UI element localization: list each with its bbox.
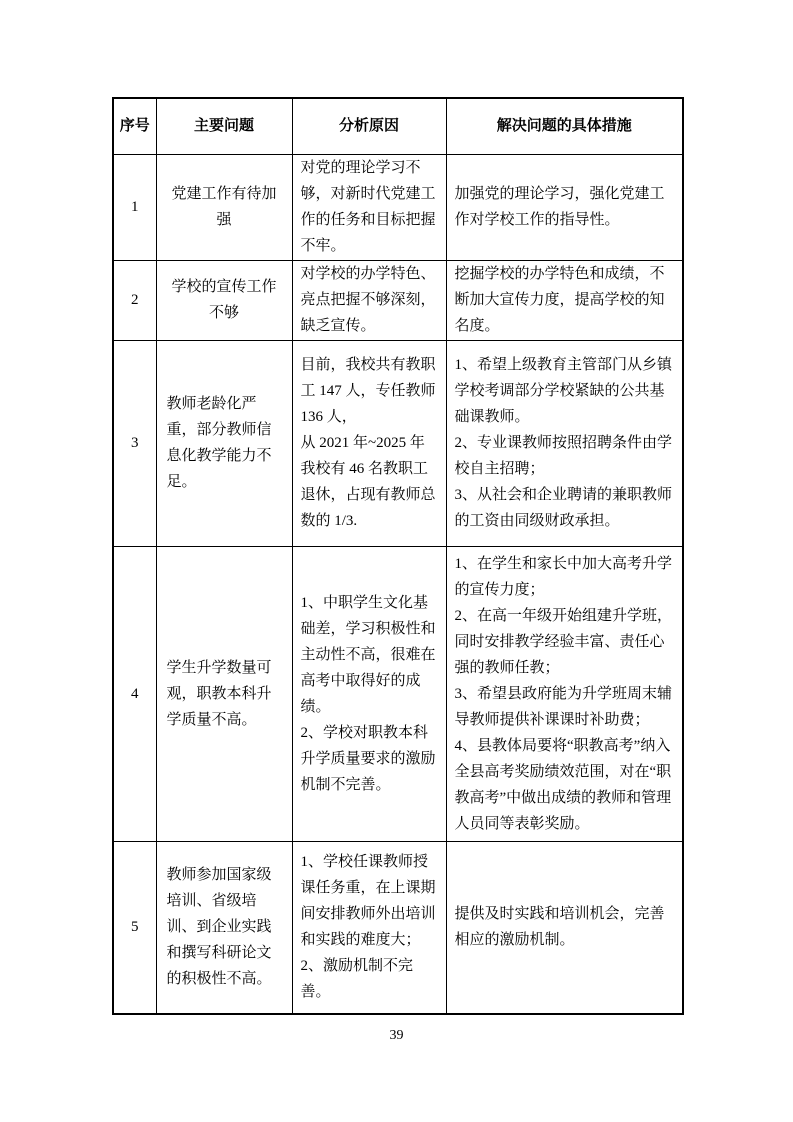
cell-cause: 目前，我校共有教职工 147 人，专任教师 136 人， 从 2021 年~20… xyxy=(292,340,446,546)
col-header-problem: 主要问题 xyxy=(156,98,292,154)
col-header-measures: 解决问题的具体措施 xyxy=(446,98,683,154)
cell-problem: 教师参加国家级培训、省级培训、到企业实践和撰写科研论文的积极性不高。 xyxy=(156,841,292,1014)
table-row: 1 党建工作有待加强 对党的理论学习不够，对新时代党建工作的任务和目标把握不牢。… xyxy=(113,154,683,260)
cell-no: 1 xyxy=(113,154,156,260)
cell-cause: 对党的理论学习不够，对新时代党建工作的任务和目标把握不牢。 xyxy=(292,154,446,260)
issues-table: 序号 主要问题 分析原因 解决问题的具体措施 1 党建工作有待加强 对党的理论学… xyxy=(112,97,684,1015)
cell-cause: 对学校的办学特色、亮点把握不够深刻，缺乏宣传。 xyxy=(292,260,446,340)
cell-cause: 1、中职学生文化基础差，学习积极性和主动性不高，很难在高考中取得好的成绩。 2、… xyxy=(292,546,446,841)
cell-measures: 1、在学生和家长中加大高考升学的宣传力度； 2、在高一年级开始组建升学班，同时安… xyxy=(446,546,683,841)
cell-problem: 党建工作有待加强 xyxy=(156,154,292,260)
document-page: 序号 主要问题 分析原因 解决问题的具体措施 1 党建工作有待加强 对党的理论学… xyxy=(0,0,793,1122)
cell-measures: 挖掘学校的办学特色和成绩，不断加大宣传力度，提高学校的知名度。 xyxy=(446,260,683,340)
cell-no: 3 xyxy=(113,340,156,546)
cell-measures: 加强党的理论学习，强化党建工作对学校工作的指导性。 xyxy=(446,154,683,260)
page-number: 39 xyxy=(0,1027,793,1045)
cell-measures: 1、希望上级教育主管部门从乡镇学校考调部分学校紧缺的公共基础课教师。 2、专业课… xyxy=(446,340,683,546)
cell-measures: 提供及时实践和培训机会，完善相应的激励机制。 xyxy=(446,841,683,1014)
col-header-cause: 分析原因 xyxy=(292,98,446,154)
cell-cause: 1、学校任课教师授课任务重，在上课期间安排教师外出培训和实践的难度大； 2、激励… xyxy=(292,841,446,1014)
cell-problem: 学校的宣传工作不够 xyxy=(156,260,292,340)
cell-no: 4 xyxy=(113,546,156,841)
table-row: 3 教师老龄化严重，部分教师信息化教学能力不足。 目前，我校共有教职工 147 … xyxy=(113,340,683,546)
col-header-no: 序号 xyxy=(113,98,156,154)
table-row: 2 学校的宣传工作不够 对学校的办学特色、亮点把握不够深刻，缺乏宣传。 挖掘学校… xyxy=(113,260,683,340)
cell-no: 5 xyxy=(113,841,156,1014)
table-header-row: 序号 主要问题 分析原因 解决问题的具体措施 xyxy=(113,98,683,154)
cell-problem: 学生升学数量可观，职教本科升学质量不高。 xyxy=(156,546,292,841)
cell-no: 2 xyxy=(113,260,156,340)
cell-problem: 教师老龄化严重，部分教师信息化教学能力不足。 xyxy=(156,340,292,546)
table-row: 4 学生升学数量可观，职教本科升学质量不高。 1、中职学生文化基础差，学习积极性… xyxy=(113,546,683,841)
table-row: 5 教师参加国家级培训、省级培训、到企业实践和撰写科研论文的积极性不高。 1、学… xyxy=(113,841,683,1014)
